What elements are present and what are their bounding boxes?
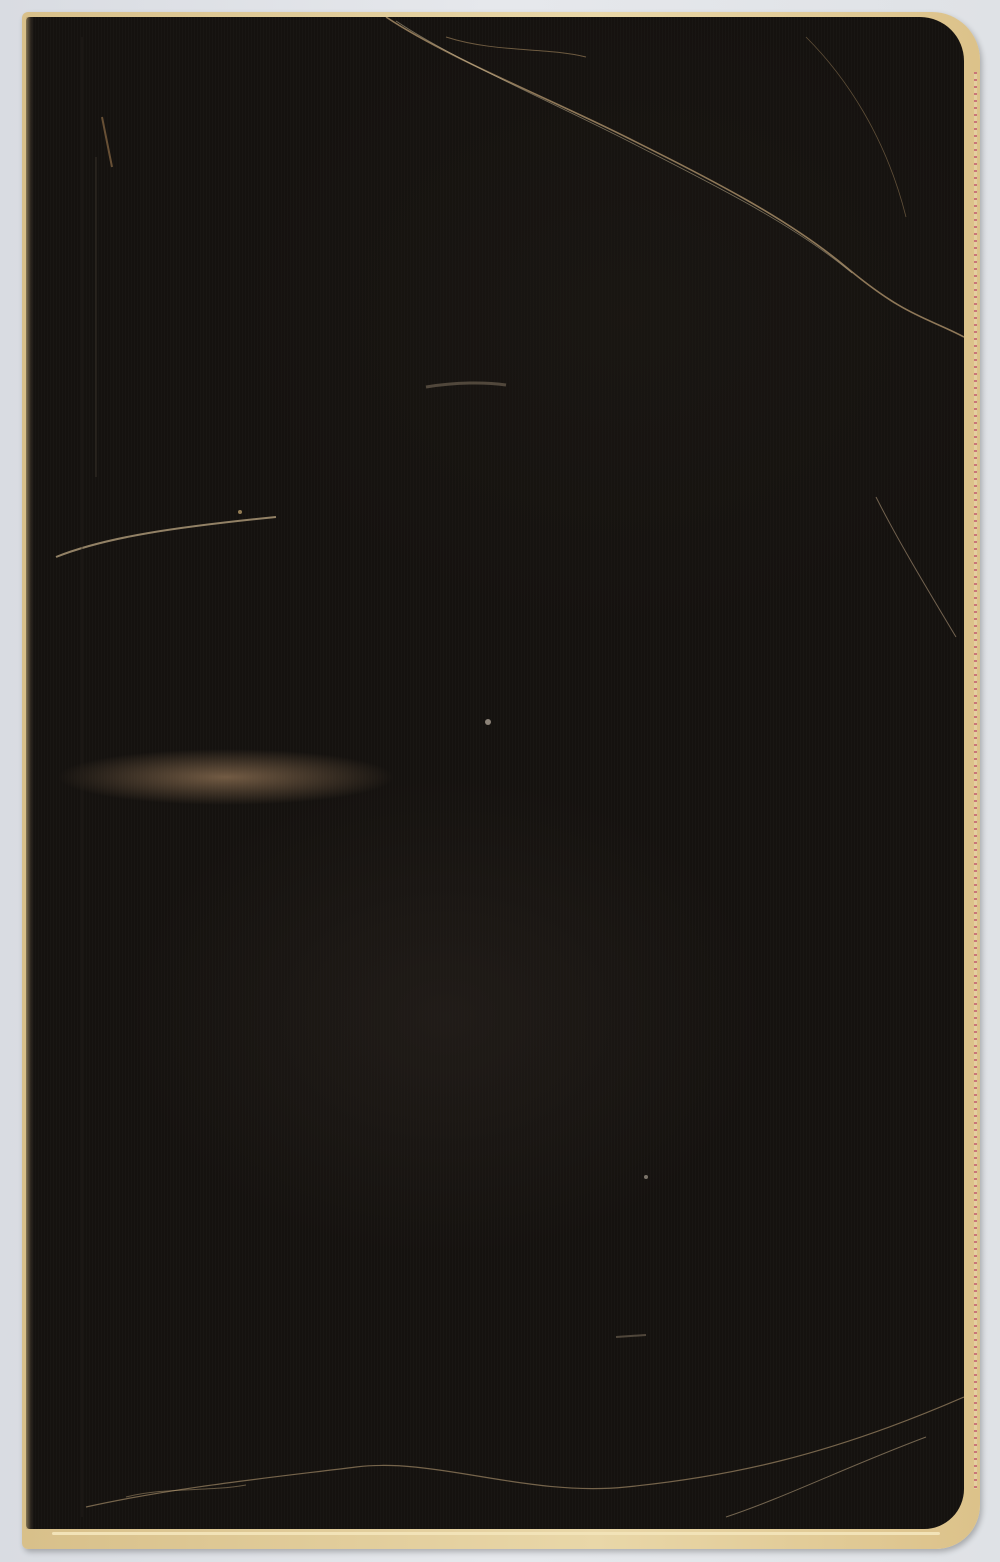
page-edge-highlight (52, 1532, 940, 1535)
notebook-cover (26, 17, 964, 1529)
cover-wear-marks (26, 17, 964, 1529)
spine-edge (26, 17, 34, 1529)
photo-scene (0, 0, 1000, 1562)
